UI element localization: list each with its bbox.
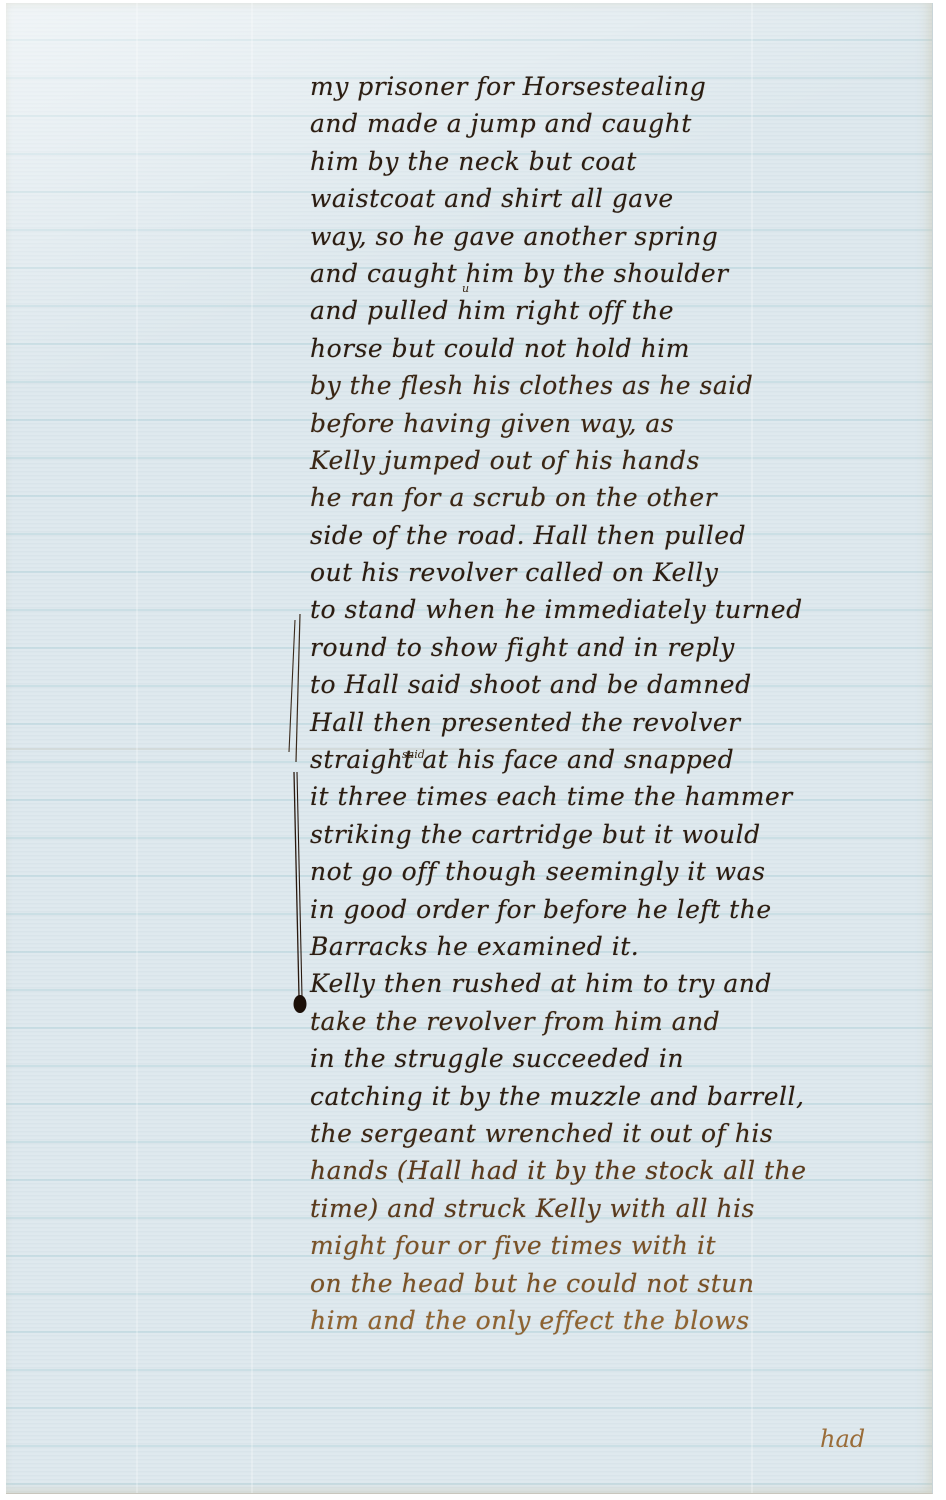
manuscript-text: my prisoner for Horsestealing and made a…	[310, 68, 910, 1339]
manuscript-line: striking the cartridge but it would	[310, 816, 910, 853]
manuscript-line: it three times each time the hammer	[310, 778, 910, 815]
manuscript-line: and caught him by the shoulder	[310, 255, 910, 292]
manuscript-line: to stand when he immediately turned	[310, 591, 910, 628]
manuscript-line: he ran for a scrub on the other	[310, 479, 910, 516]
manuscript-line: round to show fight and in reply	[310, 629, 910, 666]
manuscript-line: by the flesh his clothes as he said	[310, 367, 910, 404]
manuscript-line: Barracks he examined it.	[310, 928, 910, 965]
manuscript-line: hands (Hall had it by the stock all the	[310, 1152, 910, 1189]
manuscript-line: might four or five times with it	[310, 1227, 910, 1264]
manuscript-line: him by the neck but coat	[310, 143, 910, 180]
manuscript-line: Hall then presented the revolver	[310, 704, 910, 741]
manuscript-line: the sergeant wrenched it out of his	[310, 1115, 910, 1152]
manuscript-line: Kelly jumped out of his hands	[310, 442, 910, 479]
margin-line-mark-icon	[283, 612, 313, 1032]
manuscript-line: in the struggle succeeded in	[310, 1040, 910, 1077]
interlinear-insertion: said	[402, 748, 425, 761]
manuscript-line: before having given way, as	[310, 405, 910, 442]
manuscript-line: time) and struck Kelly with all his	[310, 1190, 910, 1227]
manuscript-line: my prisoner for Horsestealing	[310, 68, 910, 105]
manuscript-line: not go off though seemingly it was	[310, 853, 910, 890]
manuscript-line: straight at his face and snapped	[310, 741, 910, 778]
manuscript-line: him and the only effect the blows	[310, 1302, 910, 1339]
paper-fold-vertical	[251, 3, 253, 1493]
manuscript-line: side of the road. Hall then pulled	[310, 517, 910, 554]
manuscript-line: to Hall said shoot and be damned	[310, 666, 910, 703]
catchword: had	[820, 1425, 865, 1453]
manuscript-line: Kelly then rushed at him to try and	[310, 965, 910, 1002]
interlinear-insertion: u	[462, 282, 469, 295]
manuscript-line: take the revolver from him and	[310, 1003, 910, 1040]
manuscript-line: and made a jump and caught	[310, 105, 910, 142]
manuscript-line: and pulled him right off the	[310, 292, 910, 329]
manuscript-line: horse but could not hold him	[310, 330, 910, 367]
manuscript-line: out his revolver called on Kelly	[310, 554, 910, 591]
paper-fold-vertical	[136, 3, 138, 1493]
manuscript-line: on the head but he could not stun	[310, 1265, 910, 1302]
manuscript-line: way, so he gave another spring	[310, 218, 910, 255]
manuscript-line: waistcoat and shirt all gave	[310, 180, 910, 217]
manuscript-line: in good order for before he left the	[310, 891, 910, 928]
manuscript-line: catching it by the muzzle and barrell,	[310, 1078, 910, 1115]
